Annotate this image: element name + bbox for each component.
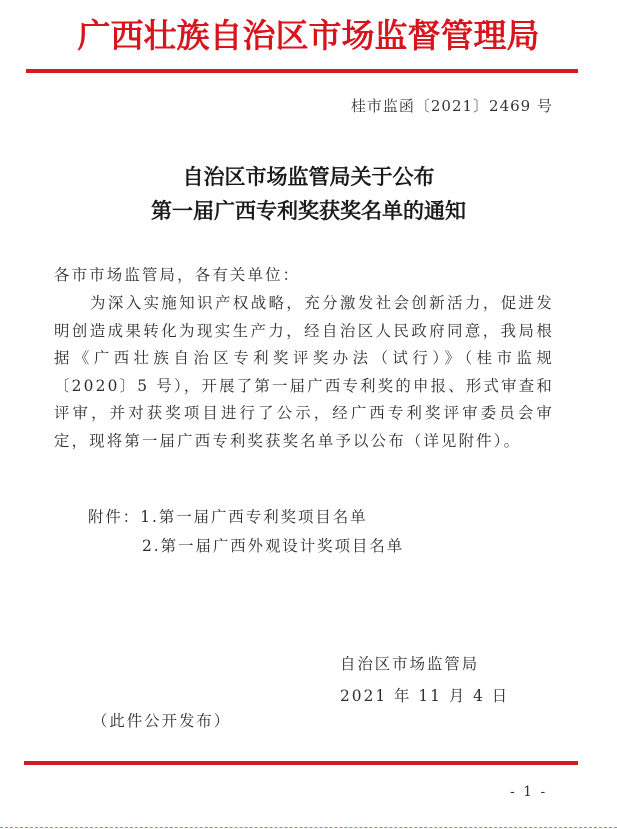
page-number: - 1 - — [510, 784, 547, 800]
header-red-rule — [26, 69, 578, 73]
attachment-item-2: 2.第一届广西外观设计奖项目名单 — [142, 532, 404, 560]
attachment-item-1-text: 1.第一届广西专利奖项目名单 — [140, 508, 367, 526]
attachment-item-1: 附件：1.第一届广西专利奖项目名单 — [88, 503, 368, 531]
document-number: 桂市监函〔2021〕2469 号 — [351, 95, 553, 116]
footer-red-rule — [24, 761, 578, 765]
public-release-note: （此件公开发布） — [92, 709, 231, 731]
notice-title-line-1: 自治区市场监管局关于公布 — [0, 160, 617, 194]
page-break-divider — [0, 827, 617, 828]
signing-date: 2021 年 11 月 4 日 — [340, 684, 509, 706]
notice-title-line-2: 第一届广西专利奖获奖名单的通知 — [0, 194, 617, 228]
attachment-label: 附件： — [88, 508, 140, 526]
salutation: 各市市场监管局，各有关单位： — [54, 262, 554, 290]
attachment-item-2-text: 2.第一届广西外观设计奖项目名单 — [142, 537, 404, 555]
agency-header-title: 广西壮族自治区市场监督管理局 — [0, 12, 617, 60]
signing-organization: 自治区市场监管局 — [340, 652, 479, 674]
body-paragraph: 为深入实施知识产权战略，充分激发社会创新活力，促进发明创造成果转化为现实生产力，… — [54, 290, 554, 455]
